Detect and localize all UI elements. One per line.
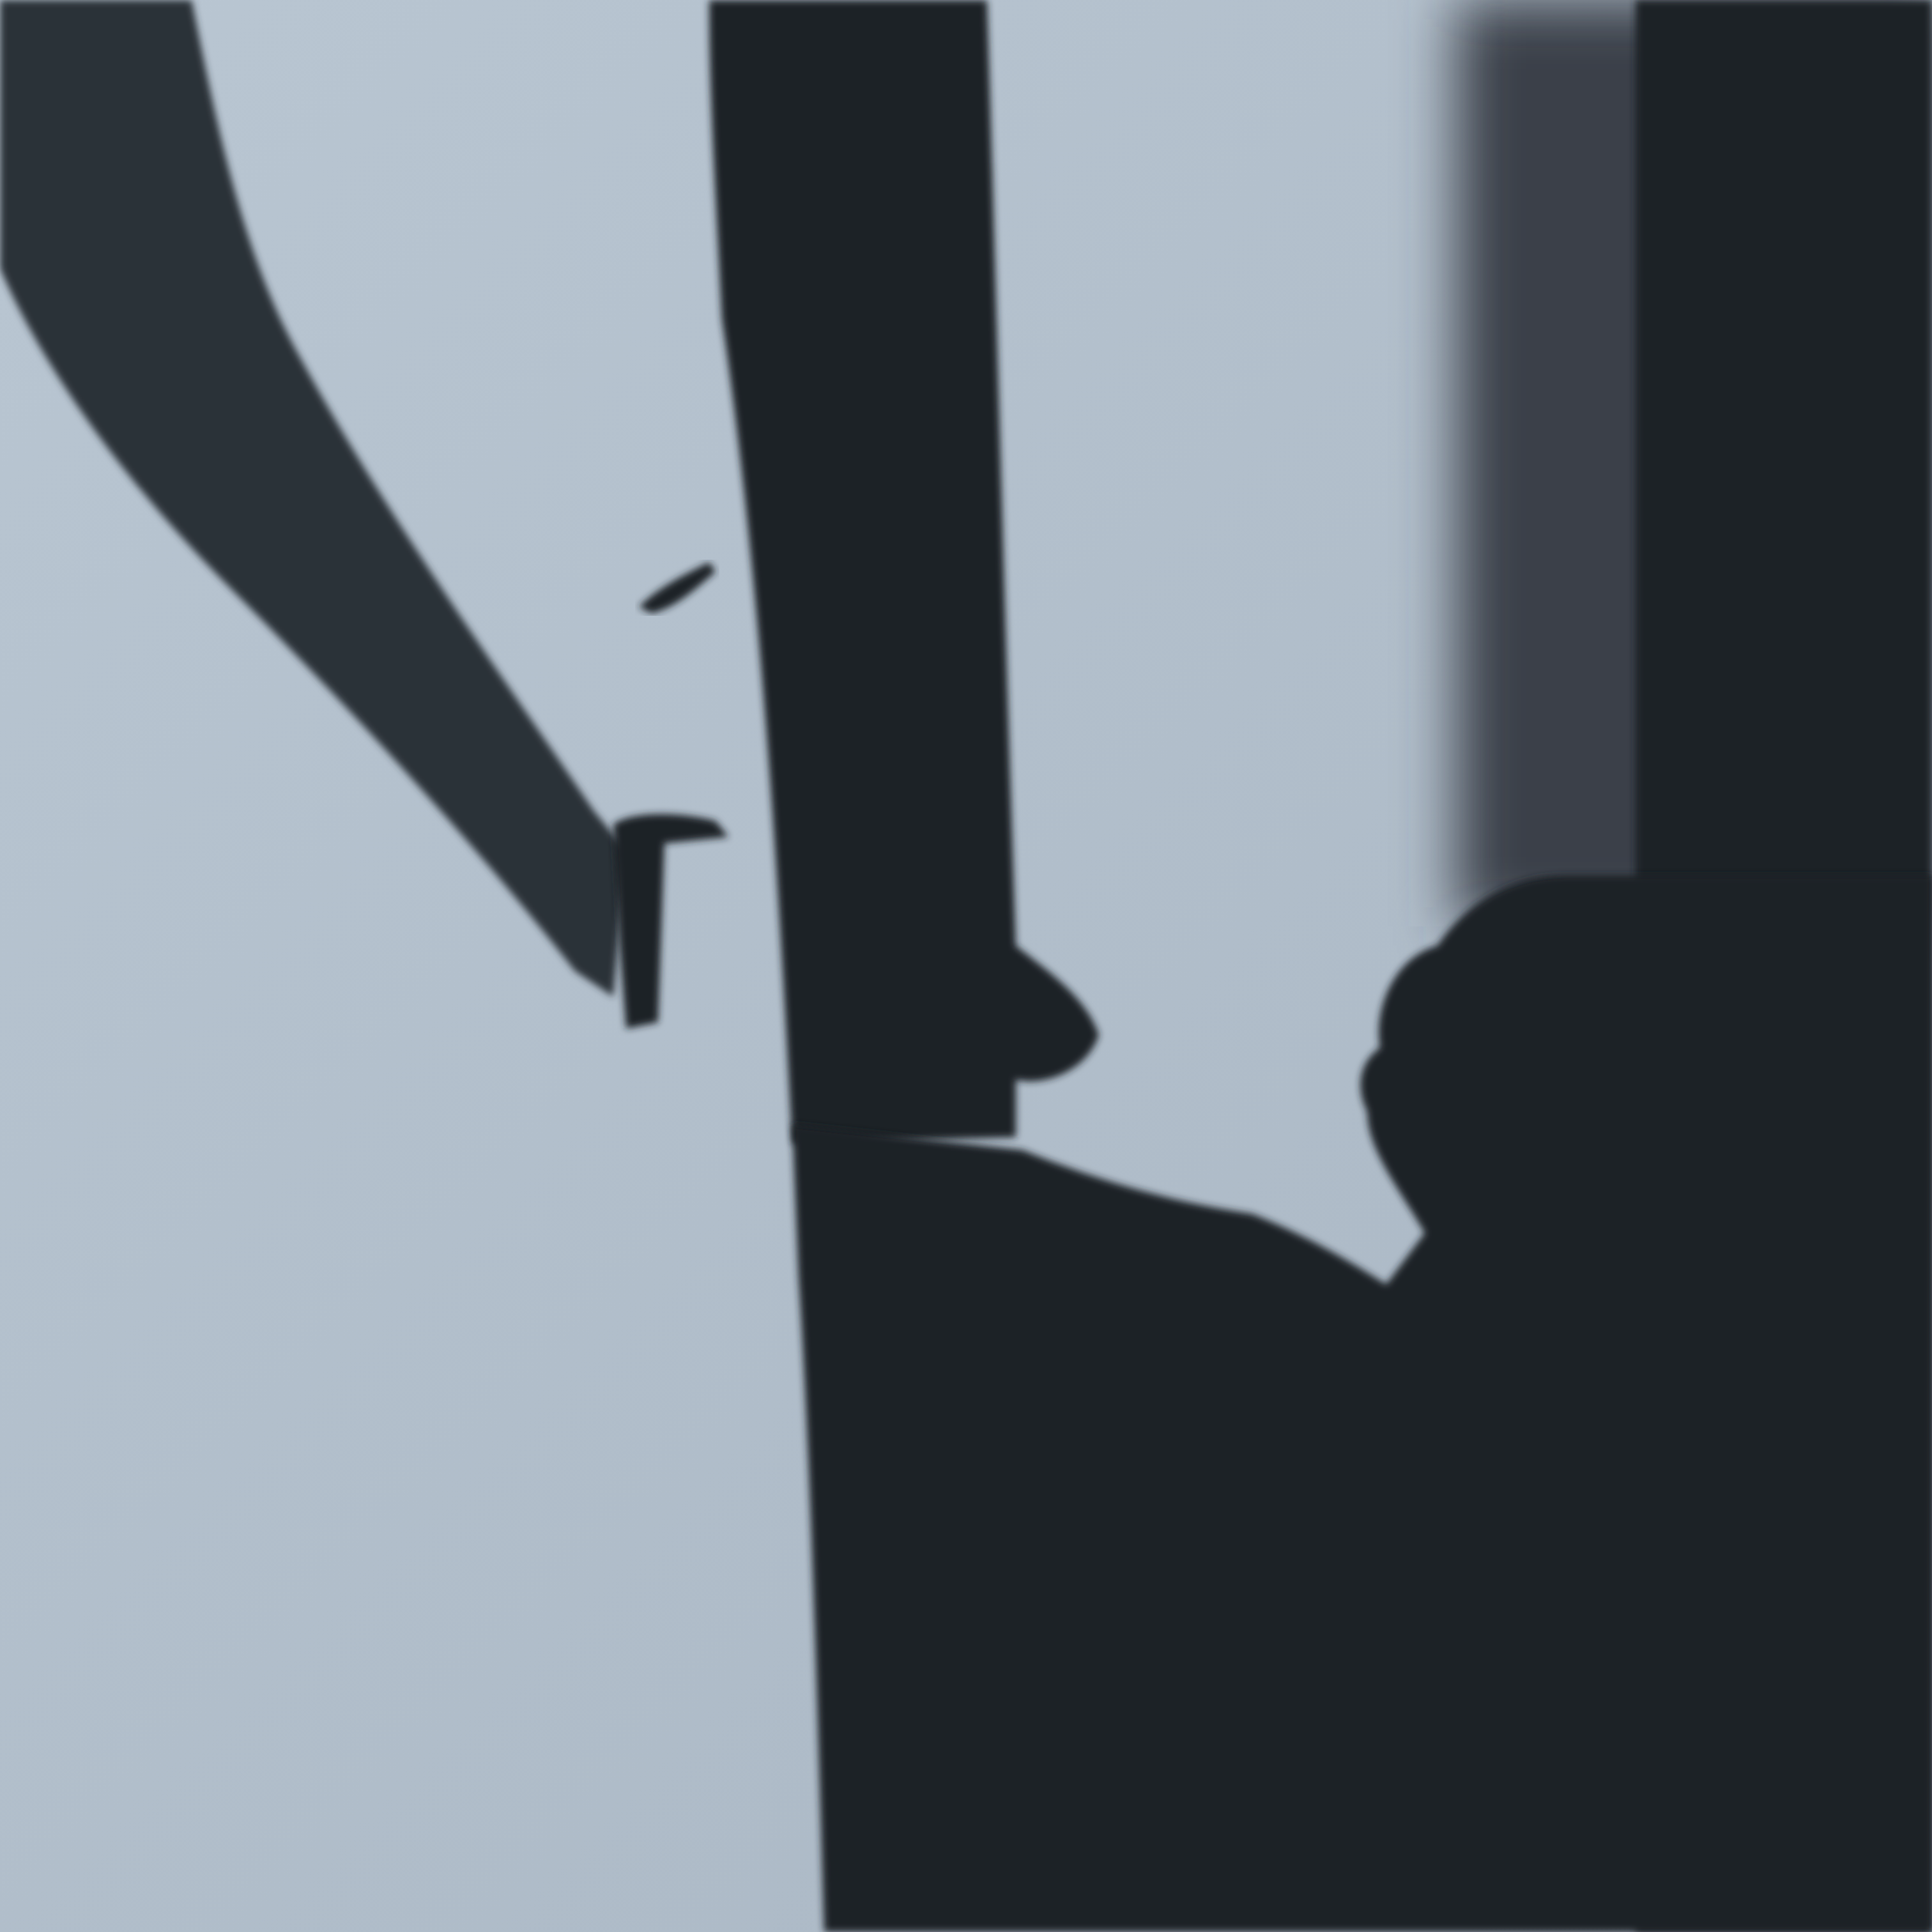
artwork-photo: Photograph of a printed high-contrast bl… — [0, 0, 1932, 1932]
artwork-canvas — [0, 0, 1932, 1932]
